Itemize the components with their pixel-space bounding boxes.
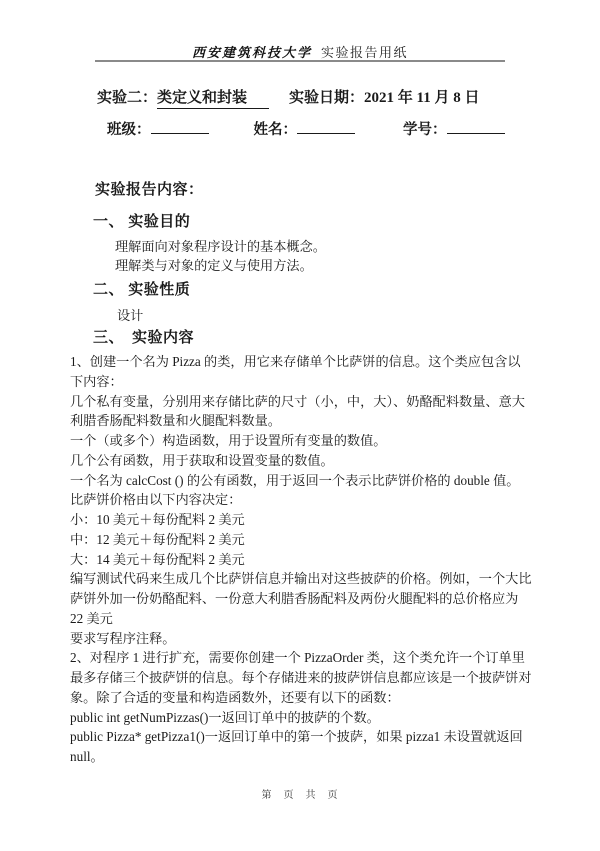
- experiment-date-value: 2021 年 11 月 8 日: [364, 90, 479, 106]
- content-line: 象。除了合适的变量和构造函数外，还要有以下的函数：: [70, 688, 540, 708]
- report-page: 西安建筑科技大学实验报告用纸 实验二：类定义和封装实验日期：2021 年 11 …: [0, 0, 600, 851]
- content-line: 中：12 美元＋每份配料 2 美元: [70, 530, 540, 550]
- content-line: 萨饼外加一份奶酪配料、一份意大利腊香肠配料及两份火腿配料的总价格应为: [70, 589, 540, 609]
- nature-line: 设计: [117, 305, 143, 324]
- content-line: 一个名为 calcCost () 的公有函数，用于返回一个表示比萨饼价格的 do…: [70, 471, 540, 491]
- section-content-title: 三、 实验内容: [93, 326, 194, 347]
- experiment-content-body: 1、创建一个名为 Pizza 的类，用它来存储单个比萨饼的信息。这个类应包含以 …: [70, 352, 540, 767]
- content-line: 要求写程序注释。: [70, 629, 540, 649]
- content-line: 小：10 美元＋每份配料 2 美元: [70, 510, 540, 530]
- content-line: 利腊香肠配料数量和火腿配料数量。: [70, 411, 540, 431]
- content-line: 一个（或多个）构造函数，用于设置所有变量的数值。: [70, 431, 540, 451]
- name-blank-field: [297, 119, 355, 134]
- experiment-title-row: 实验二：类定义和封装实验日期：2021 年 11 月 8 日: [97, 86, 479, 109]
- content-line: 编写测试代码来生成几个比萨饼信息并输出对这些披萨的价格。例如，一个大比: [70, 569, 540, 589]
- report-content-heading: 实验报告内容：: [95, 178, 204, 199]
- content-line: 几个公有函数，用于获取和设置变量的数值。: [70, 451, 540, 471]
- paper-type-label: 实验报告用纸: [321, 45, 408, 60]
- content-line: 2、对程序 1 进行扩充，需要你创建一个 PizzaOrder 类，这个类允许一…: [70, 648, 540, 668]
- section-nature-title: 二、 实验性质: [93, 278, 190, 299]
- class-blank-field: [151, 119, 209, 134]
- header-rule: [95, 60, 505, 62]
- purpose-line-2: 理解类与对象的定义与使用方法。: [115, 255, 313, 274]
- student-info-row: 班级：姓名：学号：: [107, 118, 505, 139]
- content-line: 22 美元: [70, 609, 540, 629]
- content-line: public int getNumPizzas()一返回订单中的披萨的个数。: [70, 708, 540, 728]
- content-line: public Pizza* getPizza1()一返回订单中的第一个披萨，如果…: [70, 727, 540, 747]
- content-line: 最多存储三个披萨饼的信息。每个存储进来的披萨饼信息都应该是一个披萨饼对: [70, 668, 540, 688]
- page-footer: 第 页 共 页: [0, 786, 600, 801]
- content-line: null。: [70, 747, 540, 767]
- content-line: 几个私有变量，分别用来存储比萨的尺寸（小，中，大）、奶酪配料数量、意大: [70, 392, 540, 412]
- content-line: 下内容：: [70, 372, 540, 392]
- page-header: 西安建筑科技大学实验报告用纸: [0, 42, 600, 61]
- content-line: 大：14 美元＋每份配料 2 美元: [70, 550, 540, 570]
- purpose-line-1: 理解面向对象程序设计的基本概念。: [115, 236, 326, 255]
- name-label: 姓名：: [254, 122, 298, 138]
- experiment-label: 实验二：: [97, 90, 157, 106]
- section-purpose-title: 一、 实验目的: [93, 210, 190, 231]
- content-line: 比萨饼价格由以下内容决定：: [70, 490, 540, 510]
- experiment-date-label: 实验日期：: [289, 90, 364, 106]
- university-name: 西安建筑科技大学: [192, 45, 312, 60]
- student-id-label: 学号：: [403, 122, 447, 138]
- experiment-name: 类定义和封装: [157, 86, 269, 109]
- content-line: 1、创建一个名为 Pizza 的类，用它来存储单个比萨饼的信息。这个类应包含以: [70, 352, 540, 372]
- student-id-blank-field: [447, 119, 505, 134]
- class-label: 班级：: [107, 122, 151, 138]
